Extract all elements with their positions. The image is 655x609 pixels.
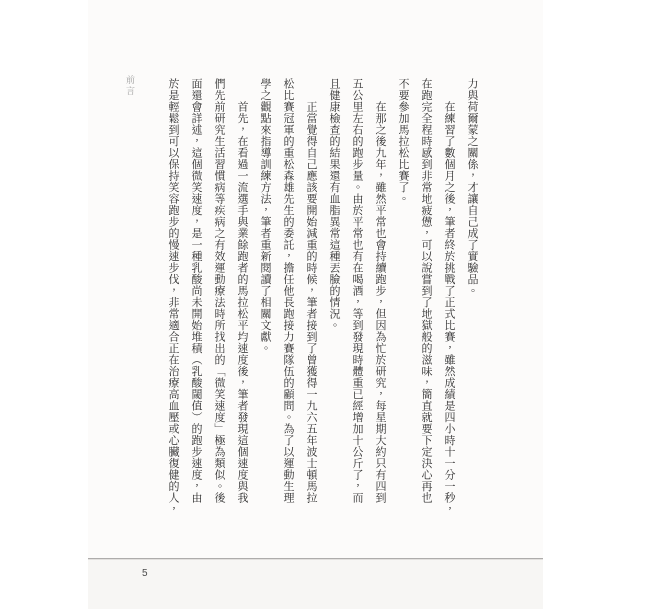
- text-column: 不要參加馬拉松比賽了。: [391, 78, 414, 515]
- text-column: 首先，在看過一流選手與業餘跑者的馬拉松平均速度後，筆者發現這個速度與我: [230, 78, 253, 515]
- text-column: 學之觀點來指導訓練方法，筆者重新閱讀了相關文獻。: [253, 78, 276, 515]
- text-column: 在跑完全程時感到非常地疲憊，可以說嘗到了地獄般的滋味，簡直就要下定決心再也: [414, 78, 437, 515]
- text-block: 力與荷爾蒙之關係，才讓自己成了實驗品。在練習了數個月之後，筆者終於挑戰了正式比賽…: [161, 78, 483, 515]
- footer-rule: [88, 558, 543, 559]
- page-bottom-edge: [88, 560, 543, 609]
- text-column: 在那之後九年，雖然平常也會持續跑步，但因為忙於研究，每星期大約只有四到: [368, 78, 391, 515]
- page-container: 前言 力與荷爾蒙之關係，才讓自己成了實驗品。在練習了數個月之後，筆者終於挑戰了正…: [0, 0, 655, 609]
- text-column: 們先前研究生活習慣病等疾病之有效運動療法時所找出的「微笑速度」極為類似。後: [207, 78, 230, 515]
- text-column: 在練習了數個月之後，筆者終於挑戰了正式比賽，雖然成績是四小時十一分一秒，: [437, 78, 460, 515]
- running-header: 前言: [124, 75, 137, 97]
- text-column: 松比賽冠軍的重松森雄先生的委託，擔任他長跑接力賽隊伍的顧問。為了以運動生理: [276, 78, 299, 515]
- text-column: 且健康檢查的結果還有血脂異常這種丟臉的情況。: [322, 78, 345, 515]
- text-column: 於是輕鬆到可以保持笑容跑步的慢速步伐，非常適合正在治療高血壓或心臟復健的人，: [161, 78, 184, 515]
- text-column: 正當覺得自己應該要開始減重的時候，筆者接到了曾獲得一九六五年波士頓馬拉: [299, 78, 322, 515]
- text-column: 五公里左右的跑步量。由於平常也有在喝酒，等到發現時體重已經增加十公斤了，而: [345, 78, 368, 515]
- text-column: 力與荷爾蒙之關係，才讓自己成了實驗品。: [460, 78, 483, 515]
- text-column: 面還會詳述，這個微笑速度，是一種乳酸尚未開始堆積（乳酸閾值）的跑步速度，由: [184, 78, 207, 515]
- page-number: 5: [142, 568, 148, 579]
